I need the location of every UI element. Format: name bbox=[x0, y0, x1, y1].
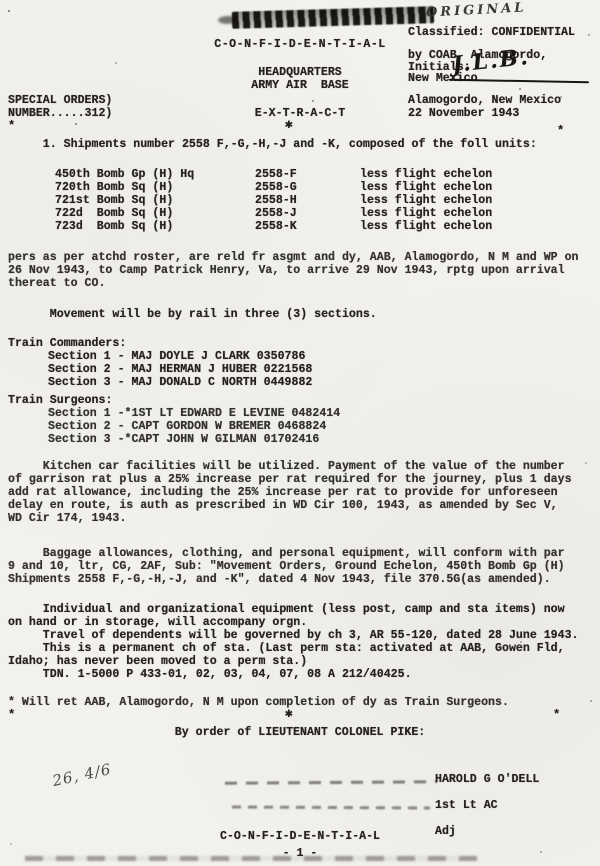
paragraph-pers: pers as per atchd roster, are reld fr as… bbox=[8, 251, 600, 290]
paragraph-equipment: Individual and organizational equipment … bbox=[8, 603, 600, 629]
asterisk-mark: * bbox=[557, 124, 564, 138]
signer-rank: 1st Lt AC bbox=[435, 799, 498, 812]
asterisk-mark: * bbox=[553, 708, 560, 722]
train-surgeons-list: Section 1 -*1ST LT EDWARD E LEVINE 04824… bbox=[48, 407, 588, 446]
unit-name: 722d Bomb Sq (H) bbox=[55, 207, 255, 220]
train-commanders-title: Train Commanders: bbox=[8, 337, 600, 350]
scanned-document-page: { "marks": { "asterisk": "*", "heavy_ast… bbox=[0, 0, 600, 866]
place-date-block: Alamogordo, New Mexico 22 November 1943 bbox=[408, 94, 561, 120]
paragraph-movement: Movement will be by rail in three (3) se… bbox=[8, 308, 600, 321]
handwritten-pencil-note: 26, 4/6 bbox=[51, 760, 113, 790]
footnote-train-surgeons: * Will ret AAB, Alamogordo, N M upon com… bbox=[8, 696, 600, 709]
paragraph-shipments: 1. Shipments number 2558 F,-G,-H,-J and … bbox=[8, 138, 600, 151]
asterisk-mark: * bbox=[8, 119, 15, 133]
overstrike-scribble bbox=[232, 6, 434, 29]
shipment-number: 2558-G bbox=[255, 181, 360, 194]
units-table: 450th Bomb Gp (H) Hq2558-Fless flight ec… bbox=[55, 168, 492, 233]
unit-name: 720th Bomb Sq (H) bbox=[55, 181, 255, 194]
paragraph-permanent-station: This is a permanent ch of sta. (Last per… bbox=[8, 642, 600, 668]
train-commanders-list: Section 1 - MAJ DOYLE J CLARK 0350786 Se… bbox=[48, 350, 588, 389]
unit-note: less flight echelon bbox=[360, 181, 492, 194]
unit-note: less flight echelon bbox=[360, 220, 492, 233]
signature-block: HAROLD G O'DELL 1st Lt AC Adj bbox=[435, 773, 595, 838]
asterisk-mark: ✱ bbox=[285, 706, 293, 721]
signer-name: HAROLD G O'DELL bbox=[435, 773, 539, 786]
train-surgeons-title: Train Surgeons: bbox=[8, 394, 600, 407]
smudge-line bbox=[232, 805, 430, 809]
table-row: 720th Bomb Sq (H)2558-Gless flight echel… bbox=[55, 181, 492, 194]
paragraph-kitchen: Kitchen car facilities will be utilized.… bbox=[8, 460, 600, 525]
shipment-number: 2558-J bbox=[255, 207, 360, 220]
unit-note: less flight echelon bbox=[360, 207, 492, 220]
unit-name: 450th Bomb Gp (H) Hq bbox=[55, 168, 255, 181]
unit-note: less flight echelon bbox=[360, 194, 492, 207]
confidential-banner-bottom: C-O-N-F-I-D-E-N-T-I-A-L bbox=[4, 830, 596, 843]
smudge-line bbox=[225, 780, 437, 784]
unit-name: 721st Bomb Sq (H) bbox=[55, 194, 255, 207]
paragraph-tdn: TDN. 1-5000 P 433-01, 02, 03, 04, 07, 08… bbox=[8, 668, 600, 681]
by-order-line: By order of LIEUTENANT COLONEL PIKE: bbox=[4, 726, 596, 739]
shipment-number: 2558-H bbox=[255, 194, 360, 207]
unit-note: less flight echelon bbox=[360, 168, 492, 181]
organization-heading: HEADQUARTERS ARMY AIR BASE bbox=[4, 66, 596, 92]
table-row: 723d Bomb Sq (H)2558-Kless flight echelo… bbox=[55, 220, 492, 233]
shipment-number: 2558-K bbox=[255, 220, 360, 233]
shipment-number: 2558-F bbox=[255, 168, 360, 181]
table-row: 721st Bomb Sq (H)2558-Hless flight echel… bbox=[55, 194, 492, 207]
asterisk-mark: ✱ bbox=[285, 117, 293, 132]
paragraph-baggage: Baggage allowances, clothing, and person… bbox=[8, 547, 600, 586]
handwritten-original-note: ORIGINAL bbox=[426, 0, 527, 20]
stamp-line-1: Classified: CONFIDENTIAL bbox=[408, 26, 575, 39]
paragraph-travel: Travel of dependents will be governed by… bbox=[8, 629, 600, 642]
ink-specks bbox=[0, 0, 2, 2]
table-row: 450th Bomb Gp (H) Hq2558-Fless flight ec… bbox=[55, 168, 492, 181]
asterisk-mark: * bbox=[8, 708, 15, 722]
unit-name: 723d Bomb Sq (H) bbox=[55, 220, 255, 233]
table-row: 722d Bomb Sq (H)2558-Jless flight echelo… bbox=[55, 207, 492, 220]
scan-noise-strip bbox=[25, 856, 477, 861]
